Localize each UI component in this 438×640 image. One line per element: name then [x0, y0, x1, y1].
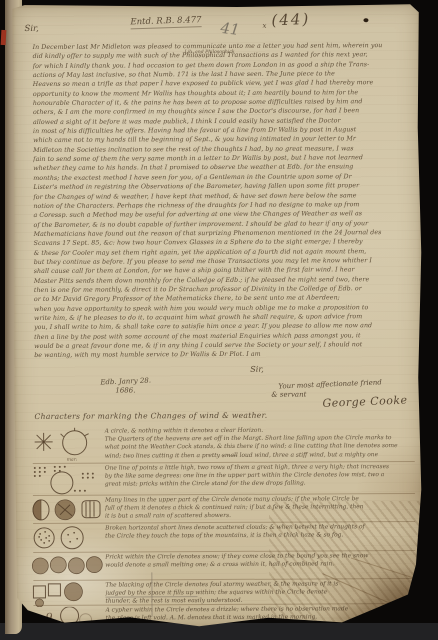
character-row-clear-wind: mar: A circle, & nothing within it denot… [31, 426, 421, 466]
manuscript-line: be wanting, with my most humble service … [34, 349, 412, 360]
salutation: Sir, [24, 24, 38, 34]
speckled-and-dotted-circles-icon [31, 525, 105, 553]
archive-entry-mark: Entd. R.B. 8.477 [130, 15, 201, 29]
ink-folio-number: (44) [271, 10, 310, 30]
symbol-cell [31, 465, 105, 499]
character-description-line: the place is left void. A. M. denotes th… [106, 613, 422, 623]
cloud-and-rain-circles-icon [31, 497, 105, 524]
cypher-nine-glyph: 9 [46, 611, 53, 624]
pencil-folio-number: 41 [220, 19, 241, 39]
row-text: One line of points a little high, two ro… [105, 463, 421, 489]
storm-squares-and-circle-icon [31, 582, 105, 607]
symbol-cell [31, 554, 105, 582]
wind-compass-star-and-horizon-circle-icon: mar: [31, 428, 105, 462]
letter-body: In December last Mr Midleton was pleased… [33, 41, 413, 361]
character-description-line: great mist; pricks within the Circle sta… [105, 479, 421, 489]
signature: George Cooke [322, 394, 408, 410]
ink-fleck [363, 18, 368, 22]
closing-servant: & servant [271, 391, 306, 399]
characters-section-title: Characters for marking the Changes of wi… [34, 411, 267, 421]
pencil-rule-vertical [151, 572, 152, 616]
closing-compliment: Your most affectionate friend [278, 378, 382, 390]
symbol-cell [31, 497, 105, 528]
place-date: Edb. Janry 28. [100, 376, 151, 386]
symbol-cell [31, 525, 105, 557]
symbol-cell: mar: [31, 428, 105, 466]
row-text: A circle, & nothing within it denotes a … [105, 426, 421, 460]
water-damage-stain [269, 501, 430, 632]
manuscript-photo: Entd. R.B. 8.477 41 x (44) Sir, Lib. and… [0, 0, 438, 640]
mat-strip [0, 623, 438, 640]
closing-salutation: Sir, [250, 365, 264, 374]
red-binding-mark [1, 30, 7, 45]
margin-note-text: mar: [67, 458, 78, 462]
date-year: 1686. [115, 386, 135, 394]
folio-check-mark: x [262, 22, 266, 30]
manuscript-page: Entd. R.B. 8.477 41 x (44) Sir, Lib. and… [12, 3, 423, 629]
character-description-line: wind; two lines cutting it then a pretty… [105, 451, 421, 461]
character-row-mist: One line of points a little high, two ro… [31, 463, 421, 499]
shaded-snow-circles-icon [31, 554, 105, 578]
fog-dots-and-mist-circle-icon [31, 465, 105, 495]
